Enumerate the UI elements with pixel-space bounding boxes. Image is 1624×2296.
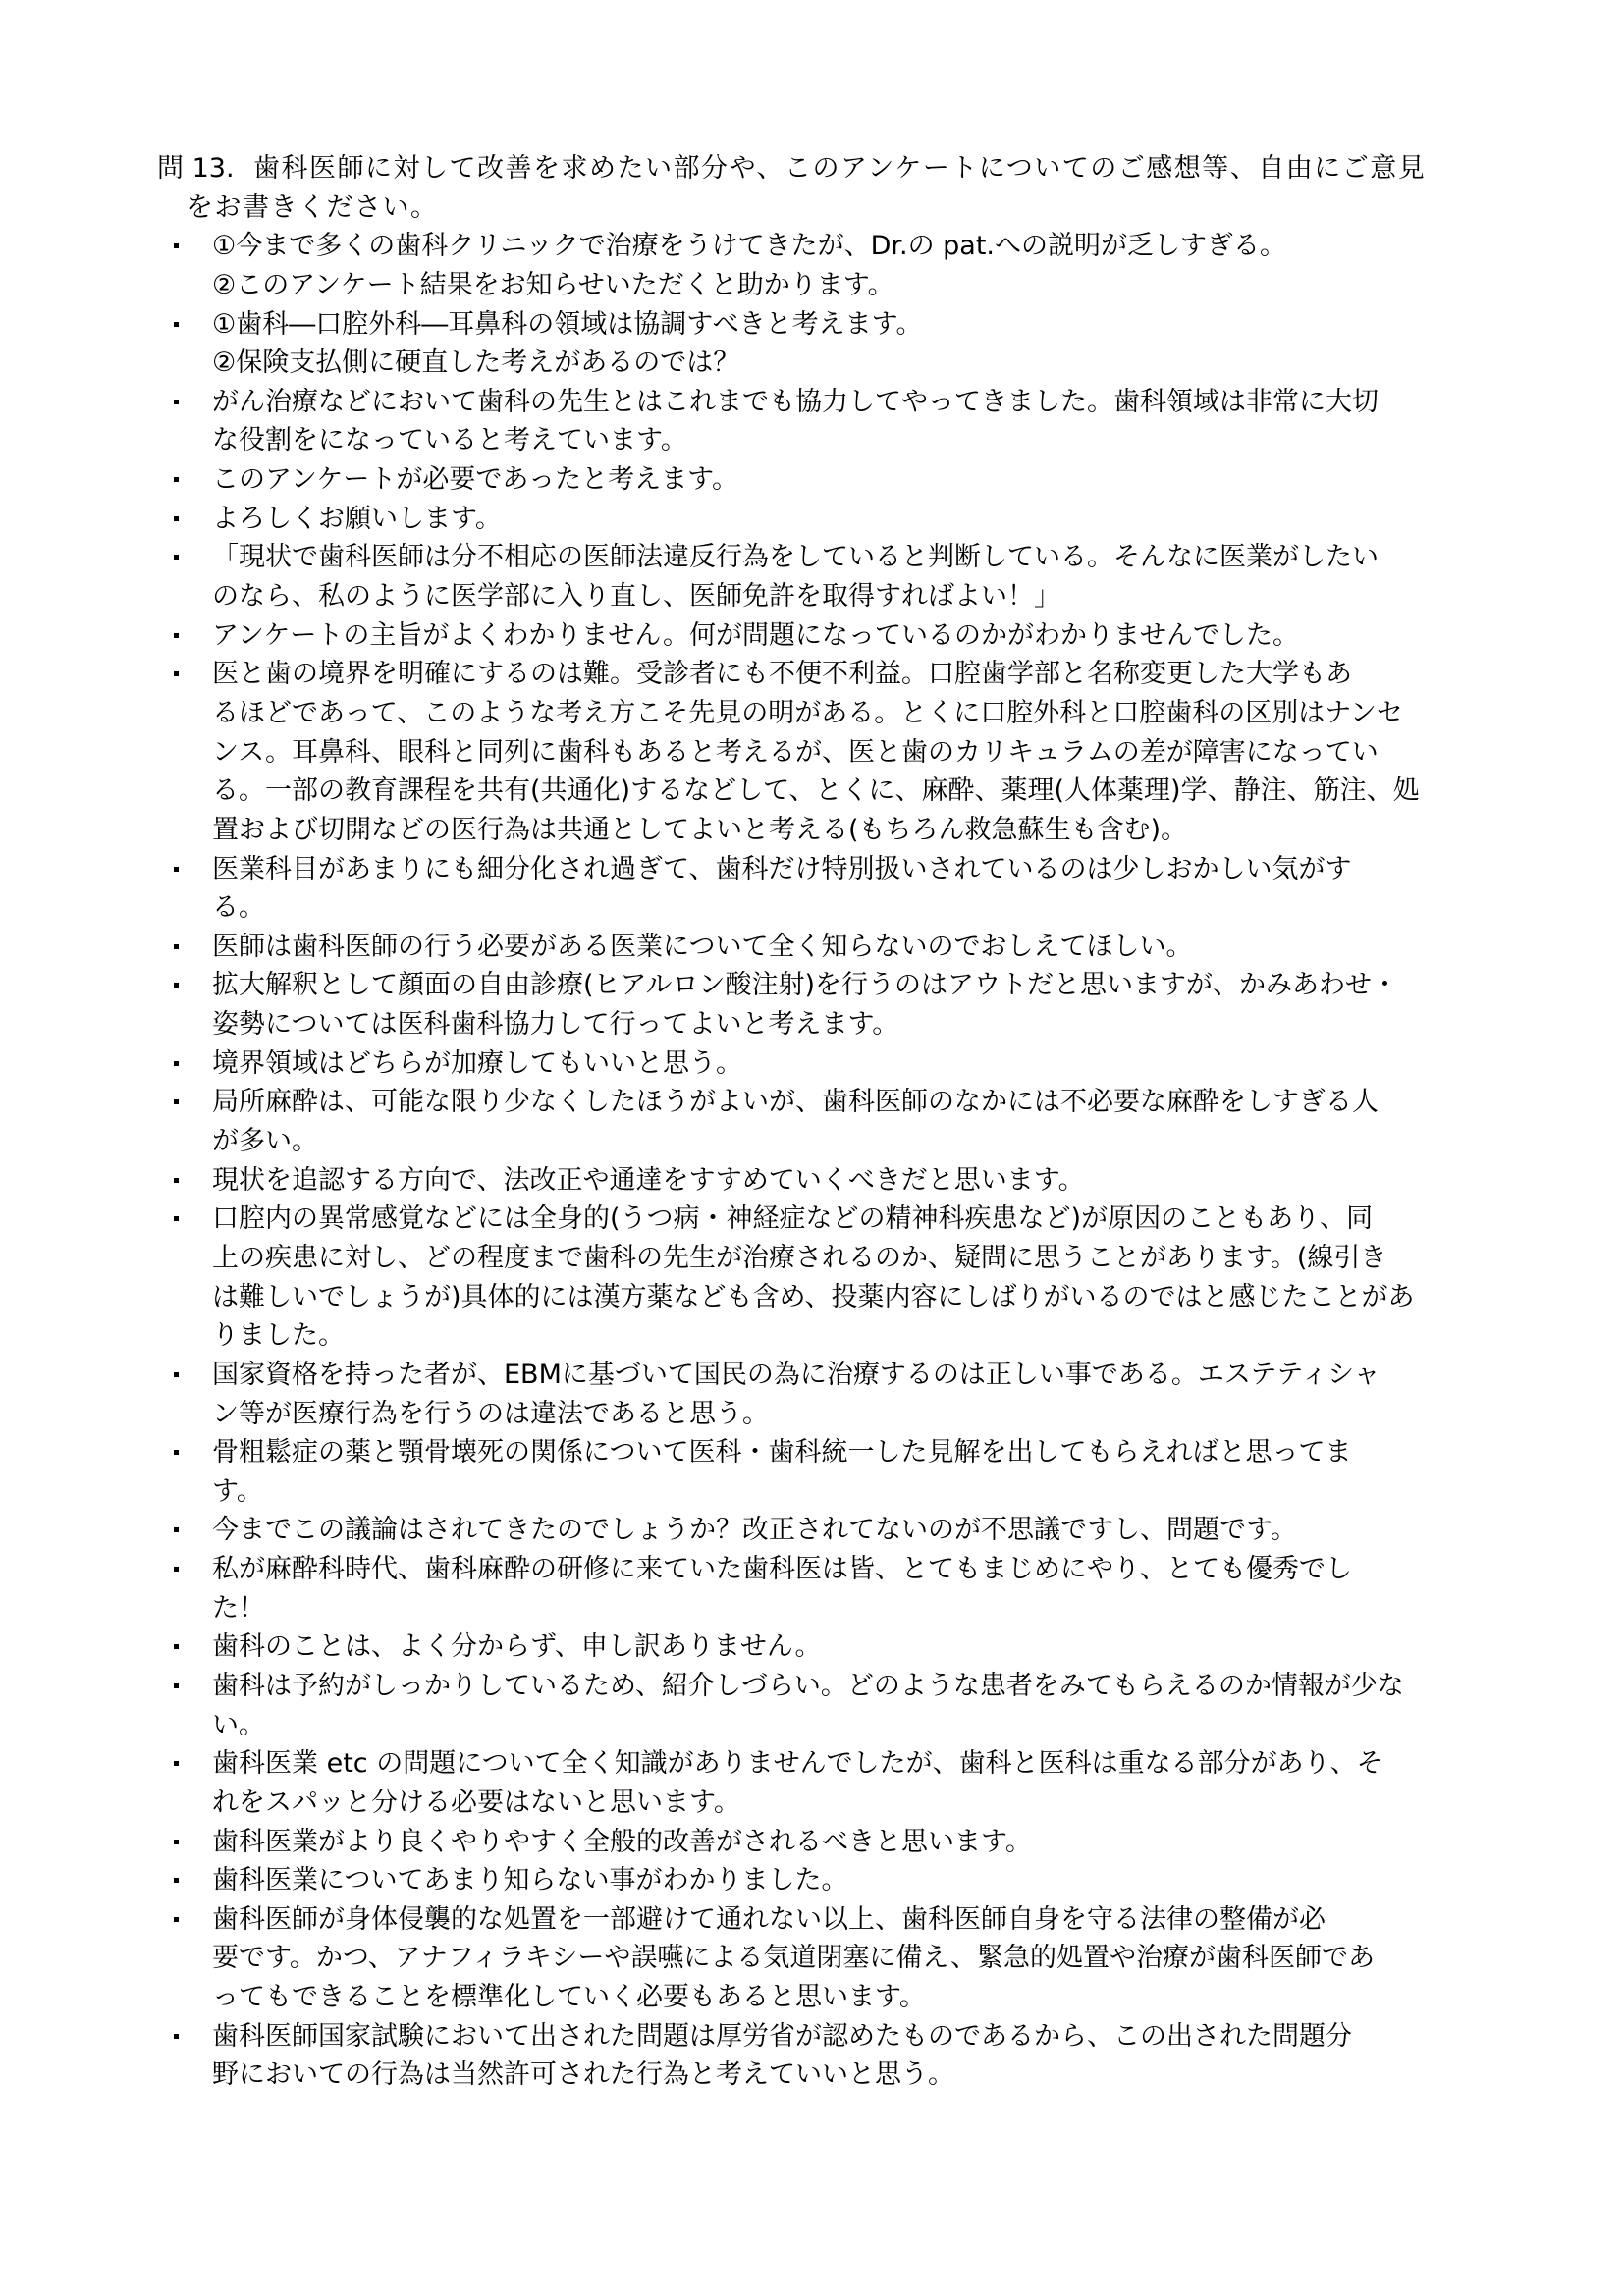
response-item: 医と歯の境界を明確にするのは難。受診者にも不便不利益。口腔歯学部と名称変更した大… xyxy=(0,655,1624,849)
bullet-icon xyxy=(174,983,179,988)
bullet-icon xyxy=(174,1567,179,1572)
question-text: 歯科医師に対して改善を求めたい部分や、このアンケートについてのご感想等、自由にご… xyxy=(253,153,1426,184)
response-item: 歯科のことは、よく分からず、申し訳ありません。 xyxy=(0,1628,1624,1667)
bullet-icon xyxy=(174,1216,179,1221)
bullet-icon xyxy=(174,1372,179,1377)
response-line: 姿勢については医科歯科協力して行ってよいと考えます。 xyxy=(0,1005,1624,1044)
response-item: アンケートの主旨がよくわかりません。何が問題になっているのかがわかりませんでした… xyxy=(0,616,1624,656)
question-heading: 問 13.歯科医師に対して改善を求めたい部分や、このアンケートについてのご感想等… xyxy=(0,149,1624,227)
response-line: た！ xyxy=(0,1589,1624,1629)
response-line: す。 xyxy=(0,1472,1624,1512)
bullet-icon xyxy=(174,944,179,949)
response-line: な役割をになっていると考えています。 xyxy=(0,421,1624,460)
response-text: ①歯科―口腔外科―耳鼻科の領域は協調すべきと考えます。 xyxy=(212,309,923,340)
response-line: このアンケートが必要であったと考えます。 xyxy=(0,460,1624,500)
response-text: 境界領域はどちらが加療してもいいと思う。 xyxy=(212,1048,742,1079)
response-line: ってもできることを標準化していく必要もあると思います。 xyxy=(0,1978,1624,2017)
response-line: い。 xyxy=(0,1706,1624,1745)
response-line: は難しいでしょうが)具体的には漢方薬なども含め、投薬内容にしばりがいるのではと感… xyxy=(0,1278,1624,1317)
response-text: アンケートの主旨がよくわかりません。何が問題になっているのかがわかりませんでした… xyxy=(212,620,1299,651)
response-line: ②保険支払側に硬直した考えがあるのでは？ xyxy=(0,344,1624,383)
response-item: 境界領域はどちらが加療してもいいと思う。 xyxy=(0,1044,1624,1084)
response-line: ①今まで多くの歯科クリニックで治療をうけてきたが、Dr.の pat.への説明が乏… xyxy=(0,227,1624,266)
response-line: 境界領域はどちらが加療してもいいと思う。 xyxy=(0,1044,1624,1084)
question-number: 問 13. xyxy=(157,149,253,188)
document-page: 問 13.歯科医師に対して改善を求めたい部分や、このアンケートについてのご感想等… xyxy=(0,149,1624,2095)
response-item: 歯科医師国家試験において出された問題は厚労省が認めたものであるから、この出された… xyxy=(0,2017,1624,2095)
response-text: 骨粗鬆症の薬と顎骨壊死の関係について医科・歯科統一した見解を出してもらえればと思… xyxy=(212,1437,1351,1468)
response-line: が多い。 xyxy=(0,1122,1624,1161)
response-text: 口腔内の異常感覚などには全身的(うつ病・神経症などの精神科疾患など)が原因のこと… xyxy=(212,1203,1373,1234)
bullet-icon xyxy=(174,400,179,404)
response-item: よろしくお願いします。 xyxy=(0,500,1624,539)
response-line: 歯科は予約がしっかりしているため、紹介しづらい。どのような患者をみてもらえるのか… xyxy=(0,1667,1624,1706)
response-line: れをスパッと分ける必要はないと思います。 xyxy=(0,1784,1624,1823)
response-line: 局所麻酔は、可能な限り少なくしたほうがよいが、歯科医師のなかには不必要な麻酔をし… xyxy=(0,1083,1624,1122)
response-text: 私が麻酔科時代、歯科麻酔の研修に来ていた歯科医は皆、とてもまじめにやり、とても優… xyxy=(212,1554,1352,1584)
response-item: 「現状で歯科医師は分不相応の医師法違反行為をしていると判断している。そんなに医業… xyxy=(0,538,1624,615)
response-line: 歯科医師が身体侵襲的な処置を一部避けて通れない以上、歯科医師自身を守る法律の整備… xyxy=(0,1900,1624,1940)
response-item: がん治療などにおいて歯科の先生とはこれまでも協力してやってきました。歯科領域は非… xyxy=(0,383,1624,460)
response-line: 要です。かつ、アナフィラキシーや誤嚥による気道閉塞に備え、緊急的処置や治療が歯科… xyxy=(0,1939,1624,1978)
response-text: 今までこの議論はされてきたのでしょうか？改正されてないのが不思議ですし、問題です… xyxy=(212,1515,1297,1545)
response-item: 局所麻酔は、可能な限り少なくしたほうがよいが、歯科医師のなかには不必要な麻酔をし… xyxy=(0,1083,1624,1160)
response-line: 口腔内の異常感覚などには全身的(うつ病・神経症などの精神科疾患など)が原因のこと… xyxy=(0,1200,1624,1239)
response-text: がん治療などにおいて歯科の先生とはこれまでも協力してやってきました。歯科領域は非… xyxy=(212,387,1379,417)
response-item: 歯科は予約がしっかりしているため、紹介しづらい。どのような患者をみてもらえるのか… xyxy=(0,1667,1624,1744)
response-line: 現状を追認する方向で、法改正や通達をすすめていくべきだと思います。 xyxy=(0,1161,1624,1201)
response-item: このアンケートが必要であったと考えます。 xyxy=(0,460,1624,500)
response-item: 医業科目があまりにも細分化され過ぎて、歯科だけ特別扱いされているのは少しおかしい… xyxy=(0,850,1624,928)
bullet-icon xyxy=(174,1099,179,1104)
question-line: 問 13.歯科医師に対して改善を求めたい部分や、このアンケートについてのご感想等… xyxy=(0,149,1624,188)
response-line: りました。 xyxy=(0,1316,1624,1356)
response-line: ンス。耳鼻科、眼科と同列に歯科もあると考えるが、医と歯のカリキュラムの差が障害に… xyxy=(0,733,1624,773)
response-line: る。 xyxy=(0,888,1624,928)
response-line: ン等が医療行為を行うのは違法であると思う。 xyxy=(0,1395,1624,1434)
response-line: る。一部の教育課程を共有(共通化)するなどして、とくに、麻酔、薬理(人体薬理)学… xyxy=(0,772,1624,811)
response-text: 現状を追認する方向で、法改正や通達をすすめていくべきだと思います。 xyxy=(212,1165,1085,1196)
response-item: ①歯科―口腔外科―耳鼻科の領域は協調すべきと考えます。 ②保険支払側に硬直した考… xyxy=(0,305,1624,383)
response-line: 医業科目があまりにも細分化され過ぎて、歯科だけ特別扱いされているのは少しおかしい… xyxy=(0,850,1624,889)
bullet-icon xyxy=(174,477,179,482)
response-line: 歯科医業がより良くやりやすく全般的改善がされるべきと思います。 xyxy=(0,1823,1624,1862)
response-line: 今までこの議論はされてきたのでしょうか？改正されてないのが不思議ですし、問題です… xyxy=(0,1511,1624,1550)
response-item: ①今まで多くの歯科クリニックで治療をうけてきたが、Dr.の pat.への説明が乏… xyxy=(0,227,1624,304)
response-line: 医師は歯科医師の行う必要がある医業について全く知らないのでおしえてほしい。 xyxy=(0,928,1624,967)
response-line: ①歯科―口腔外科―耳鼻科の領域は協調すべきと考えます。 xyxy=(0,305,1624,345)
response-item: 国家資格を持った者が、EBMに基づいて国民の為に治療するのは正しい事である。エス… xyxy=(0,1356,1624,1433)
response-item: 骨粗鬆症の薬と顎骨壊死の関係について医科・歯科統一した見解を出してもらえればと思… xyxy=(0,1433,1624,1511)
question-line: をお書きください。 xyxy=(0,188,1624,228)
bullet-icon xyxy=(174,1178,179,1183)
bullet-icon xyxy=(174,322,179,327)
bullet-icon xyxy=(174,867,179,872)
response-line: 「現状で歯科医師は分不相応の医師法違反行為をしていると判断している。そんなに医業… xyxy=(0,538,1624,577)
response-line: ②このアンケート結果をお知らせいただくと助かります。 xyxy=(0,266,1624,305)
response-text: ①今まで多くの歯科クリニックで治療をうけてきたが、Dr.の pat.への説明が乏… xyxy=(212,231,1286,261)
bullet-icon xyxy=(174,1840,179,1844)
response-line: 国家資格を持った者が、EBMに基づいて国民の為に治療するのは正しい事である。エス… xyxy=(0,1356,1624,1395)
bullet-icon xyxy=(174,1878,179,1883)
response-line: がん治療などにおいて歯科の先生とはこれまでも協力してやってきました。歯科領域は非… xyxy=(0,383,1624,422)
response-item: 私が麻酔科時代、歯科麻酔の研修に来ていた歯科医は皆、とてもまじめにやり、とても優… xyxy=(0,1550,1624,1628)
response-line: 私が麻酔科時代、歯科麻酔の研修に来ていた歯科医は皆、とてもまじめにやり、とても優… xyxy=(0,1550,1624,1589)
response-line: 歯科医業についてあまり知らない事がわかりました。 xyxy=(0,1861,1624,1900)
response-line: 歯科医業 etc の問題について全く知識がありませんでしたが、歯科と医科は重なる… xyxy=(0,1744,1624,1784)
response-item: 医師は歯科医師の行う必要がある医業について全く知らないのでおしえてほしい。 xyxy=(0,928,1624,967)
response-line: 置および切開などの医行為は共通としてよいと考える(もちろん救急蘇生も含む)。 xyxy=(0,811,1624,850)
response-line: のなら、私のように医学部に入り直し、医師免許を取得すればよい！」 xyxy=(0,577,1624,616)
bullet-icon xyxy=(174,555,179,560)
response-item: 拡大解釈として顔面の自由診療(ヒアルロン酸注射)を行うのはアウトだと思いますが、… xyxy=(0,966,1624,1043)
bullet-icon xyxy=(174,1061,179,1066)
response-line: 医と歯の境界を明確にするのは難。受診者にも不便不利益。口腔歯学部と名称変更した大… xyxy=(0,655,1624,694)
response-text: 歯科医業 etc の問題について全く知識がありませんでしたが、歯科と医科は重なる… xyxy=(212,1748,1383,1779)
response-item: 歯科医業 etc の問題について全く知識がありませんでしたが、歯科と医科は重なる… xyxy=(0,1744,1624,1822)
response-item: 歯科医業についてあまり知らない事がわかりました。 xyxy=(0,1861,1624,1900)
response-text: 局所麻酔は、可能な限り少なくしたほうがよいが、歯科医師のなかには不必要な麻酔をし… xyxy=(212,1087,1379,1117)
response-line: 骨粗鬆症の薬と顎骨壊死の関係について医科・歯科統一した見解を出してもらえればと思… xyxy=(0,1433,1624,1472)
response-line: 上の疾患に対し、どの程度まで歯科の先生が治療されるのか、疑問に思うことがあります… xyxy=(0,1239,1624,1278)
bullet-icon xyxy=(174,516,179,521)
response-line: 野においての行為は当然許可された行為と考えていいと思う。 xyxy=(0,2056,1624,2095)
response-text: 歯科は予約がしっかりしているため、紹介しづらい。どのような患者をみてもらえるのか… xyxy=(212,1671,1404,1701)
response-text: 医業科目があまりにも細分化され過ぎて、歯科だけ特別扱いされているのは少しおかしい… xyxy=(212,854,1351,884)
response-item: 歯科医業がより良くやりやすく全般的改善がされるべきと思います。 xyxy=(0,1823,1624,1862)
response-text: よろしくお願いします。 xyxy=(212,504,502,534)
bullet-icon xyxy=(174,243,179,248)
response-item: 今までこの議論はされてきたのでしょうか？改正されてないのが不思議ですし、問題です… xyxy=(0,1511,1624,1550)
response-text: 歯科医業についてあまり知らない事がわかりました。 xyxy=(212,1865,847,1896)
response-line: アンケートの主旨がよくわかりません。何が問題になっているのかがわかりませんでした… xyxy=(0,616,1624,656)
response-text: このアンケートが必要であったと考えます。 xyxy=(212,464,738,495)
response-line: るほどであって、このような考え方こそ先見の明がある。とくに口腔外科と口腔歯科の区… xyxy=(0,694,1624,733)
response-text: 歯科医師国家試験において出された問題は厚労省が認めたものであるから、この出された… xyxy=(212,2021,1352,2052)
response-line: 拡大解釈として顔面の自由診療(ヒアルロン酸注射)を行うのはアウトだと思いますが、… xyxy=(0,966,1624,1005)
response-text: 拡大解釈として顔面の自由診療(ヒアルロン酸注射)を行うのはアウトだと思いますが、… xyxy=(212,970,1398,1000)
bullet-icon xyxy=(174,1527,179,1532)
response-line: 歯科のことは、よく分からず、申し訳ありません。 xyxy=(0,1628,1624,1667)
bullet-icon xyxy=(174,1761,179,1766)
bullet-icon xyxy=(174,671,179,676)
response-text: 国家資格を持った者が、EBMに基づいて国民の為に治療するのは正しい事である。エス… xyxy=(212,1360,1380,1390)
response-text: 医と歯の境界を明確にするのは難。受診者にも不便不利益。口腔歯学部と名称変更した大… xyxy=(212,659,1352,689)
bullet-icon xyxy=(174,1644,179,1649)
response-item: 現状を追認する方向で、法改正や通達をすすめていくべきだと思います。 xyxy=(0,1161,1624,1201)
response-line: よろしくお願いします。 xyxy=(0,500,1624,539)
bullet-icon xyxy=(174,633,179,638)
response-text: 歯科医業がより良くやりやすく全般的改善がされるべきと思います。 xyxy=(212,1827,1032,1857)
bullet-icon xyxy=(174,1450,179,1455)
bullet-icon xyxy=(174,2034,179,2039)
response-text: 「現状で歯科医師は分不相応の医師法違反行為をしていると判断している。そんなに医業… xyxy=(212,542,1379,572)
response-line: 歯科医師国家試験において出された問題は厚労省が認めたものであるから、この出された… xyxy=(0,2017,1624,2056)
bullet-icon xyxy=(174,1917,179,1922)
response-text: 歯科のことは、よく分からず、申し訳ありません。 xyxy=(212,1631,821,1662)
response-list: ①今まで多くの歯科クリニックで治療をうけてきたが、Dr.の pat.への説明が乏… xyxy=(0,227,1624,2095)
response-item: 口腔内の異常感覚などには全身的(うつ病・神経症などの精神科疾患など)が原因のこと… xyxy=(0,1200,1624,1356)
response-text: 医師は歯科医師の行う必要がある医業について全く知らないのでおしえてほしい。 xyxy=(212,932,1192,962)
response-text: 歯科医師が身体侵襲的な処置を一部避けて通れない以上、歯科医師自身を守る法律の整備… xyxy=(212,1904,1326,1935)
bullet-icon xyxy=(174,1683,179,1688)
response-item: 歯科医師が身体侵襲的な処置を一部避けて通れない以上、歯科医師自身を守る法律の整備… xyxy=(0,1900,1624,2017)
